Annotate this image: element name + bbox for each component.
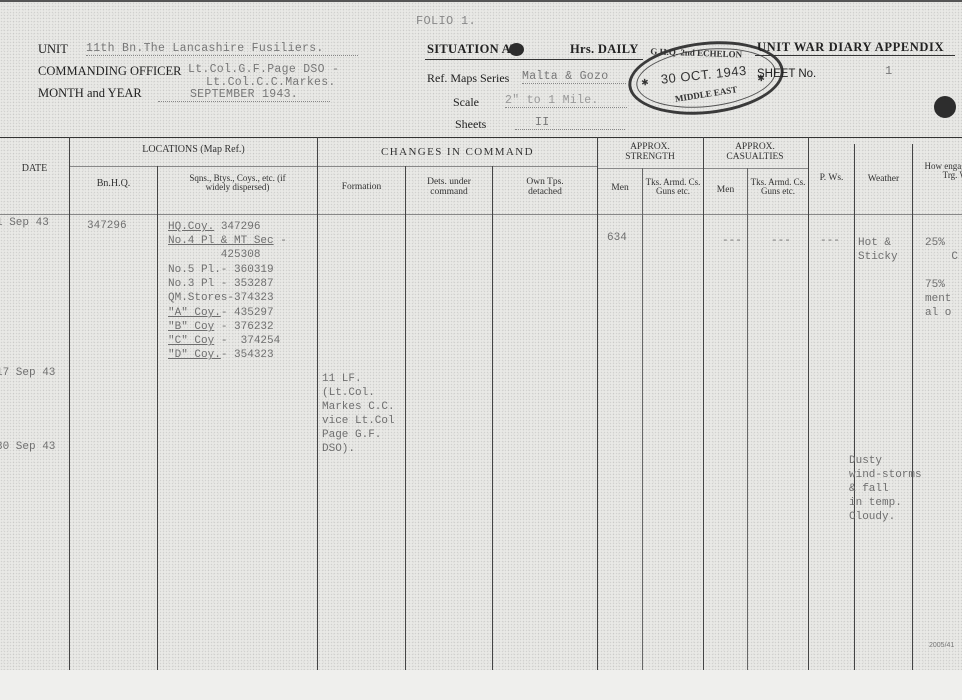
col-divider [405, 166, 406, 670]
header-casualties-tks: Tks. Armd. Cs. Guns etc. [748, 178, 808, 197]
header-approx-strength: APPROX. STRENGTH [610, 143, 690, 163]
commanding-officer-label: COMMANDING OFFICER [38, 64, 181, 79]
header-pws: P. Ws. [809, 174, 854, 184]
sqn-entry: No.3 Pl - 353287 [168, 277, 274, 291]
header-weather: Weather [855, 175, 912, 185]
row1-casualties-tks: --- [771, 234, 791, 248]
sqn-name: "A" Coy. [168, 307, 221, 319]
row1-how-engaged: 25% C 75% ment al o [925, 236, 958, 320]
sqn-entry: HQ.Coy. 347296 [168, 220, 260, 234]
situation-label: SITUATION AT [427, 42, 519, 57]
situation-underline [425, 59, 643, 60]
unit-label: UNIT [38, 42, 68, 57]
row3-date: 30 Sep 43 [0, 440, 55, 454]
sheets-label: Sheets [455, 117, 486, 132]
header-strength-tks: Tks. Armd. Cs. Guns etc. [643, 178, 703, 197]
folio-number: FOLIO 1. [416, 14, 476, 28]
commanding-officer-value-1: Lt.Col.G.F.Page DSO - [188, 63, 339, 76]
row1-date: 1 Sep 43 [0, 216, 49, 230]
header-bn-hq: Bn.H.Q. [70, 179, 157, 190]
row2-formation: 11 LF. (Lt.Col. Markes C.C. vice Lt.Col … [322, 372, 395, 456]
ref-maps-label: Ref. Maps Series [427, 71, 509, 86]
sqn-name: "D" Coy. [168, 349, 221, 361]
row1-strength-men: 634 [607, 231, 627, 245]
sheet-number-label: SHEET No. [757, 68, 816, 80]
header-sqns: Sqns., Btys., Coys., etc. (if widely dis… [180, 174, 295, 193]
month-year-label: MONTH and YEAR [38, 86, 142, 101]
header-date: DATE [0, 164, 69, 175]
sqn-entry: "C" Coy - 374254 [168, 334, 280, 348]
sqn-entry: No.5 Pl.- 360319 [168, 263, 274, 277]
col-divider [703, 137, 704, 670]
header-approx-casualties: APPROX. CASUALTIES [712, 143, 798, 163]
sqn-entry: "A" Coy.- 435297 [168, 306, 274, 320]
sqn-name: "B" Coy [168, 321, 214, 333]
stamp-star-icon: ✱ [641, 77, 650, 89]
row1-pws: --- [820, 234, 840, 248]
sheet-number-value: 1 [885, 64, 893, 78]
sqn-entry: "D" Coy.- 354323 [168, 348, 274, 362]
header-own-tps: Own Tps. detached [515, 178, 575, 198]
ink-blot [509, 43, 524, 56]
changes-subheader-line [318, 166, 598, 167]
header-bottom-line [0, 214, 962, 215]
col-divider [808, 137, 809, 670]
col-divider [747, 168, 748, 670]
col-divider [157, 166, 158, 670]
row1-casualties-men: --- [722, 234, 742, 248]
title-underline [755, 55, 955, 56]
war-diary-sheet: FOLIO 1. UNIT 11th Bn.The Lancashire Fus… [0, 0, 962, 670]
sqn-entry: QM.Stores-374323 [168, 291, 274, 305]
scale-label: Scale [453, 95, 479, 110]
ref-maps-value: Malta & Gozo [522, 70, 626, 84]
sqn-name: No.4 Pl & MT Sec [168, 235, 274, 247]
unit-value: 11th Bn.The Lancashire Fusiliers. [86, 42, 358, 56]
col-divider [642, 168, 643, 670]
header-formation: Formation [318, 183, 405, 193]
header-how-engaged: How engag. Trg. W [918, 162, 962, 181]
header-dets: Dets. under command [420, 178, 478, 198]
diary-title: UNIT WAR DIARY APPENDIX [757, 40, 944, 55]
hrs-daily-label: Hrs. DAILY [570, 42, 639, 57]
header-changes-in-command: CHANGES IN COMMAND [318, 147, 597, 159]
sheets-value: II [515, 116, 625, 130]
col-divider [912, 144, 913, 670]
sqn-entry: 425308 [168, 248, 260, 262]
row1-bn-hq: 347296 [87, 219, 127, 233]
month-year-value: SEPTEMBER 1943. [158, 88, 330, 102]
punch-hole [934, 96, 956, 118]
row1-weather: Hot & Sticky [858, 236, 898, 264]
col-divider [492, 166, 493, 670]
col-divider [317, 137, 318, 670]
locations-subheader-line [70, 166, 317, 167]
header-locations: LOCATIONS (Map Ref.) [70, 145, 317, 156]
row3-weather: Dusty wind-storms & fall in temp. Cloudy… [849, 454, 922, 524]
col-divider [597, 137, 598, 670]
header-casualties-men: Men [704, 186, 747, 196]
sqn-name: HQ.Coy. [168, 221, 214, 233]
table-top-border [0, 137, 962, 138]
sqn-entry: "B" Coy - 376232 [168, 320, 274, 334]
sqn-entry: No.4 Pl & MT Sec - [168, 234, 287, 248]
col-divider [69, 137, 70, 670]
sqn-name: "C" Coy [168, 335, 214, 347]
scale-value: 2" to 1 Mile. [505, 94, 627, 108]
header-strength-men: Men [598, 184, 642, 194]
row2-date: 17 Sep 43 [0, 366, 55, 380]
form-number: 2005/41 [929, 642, 954, 649]
col-divider [854, 144, 855, 670]
